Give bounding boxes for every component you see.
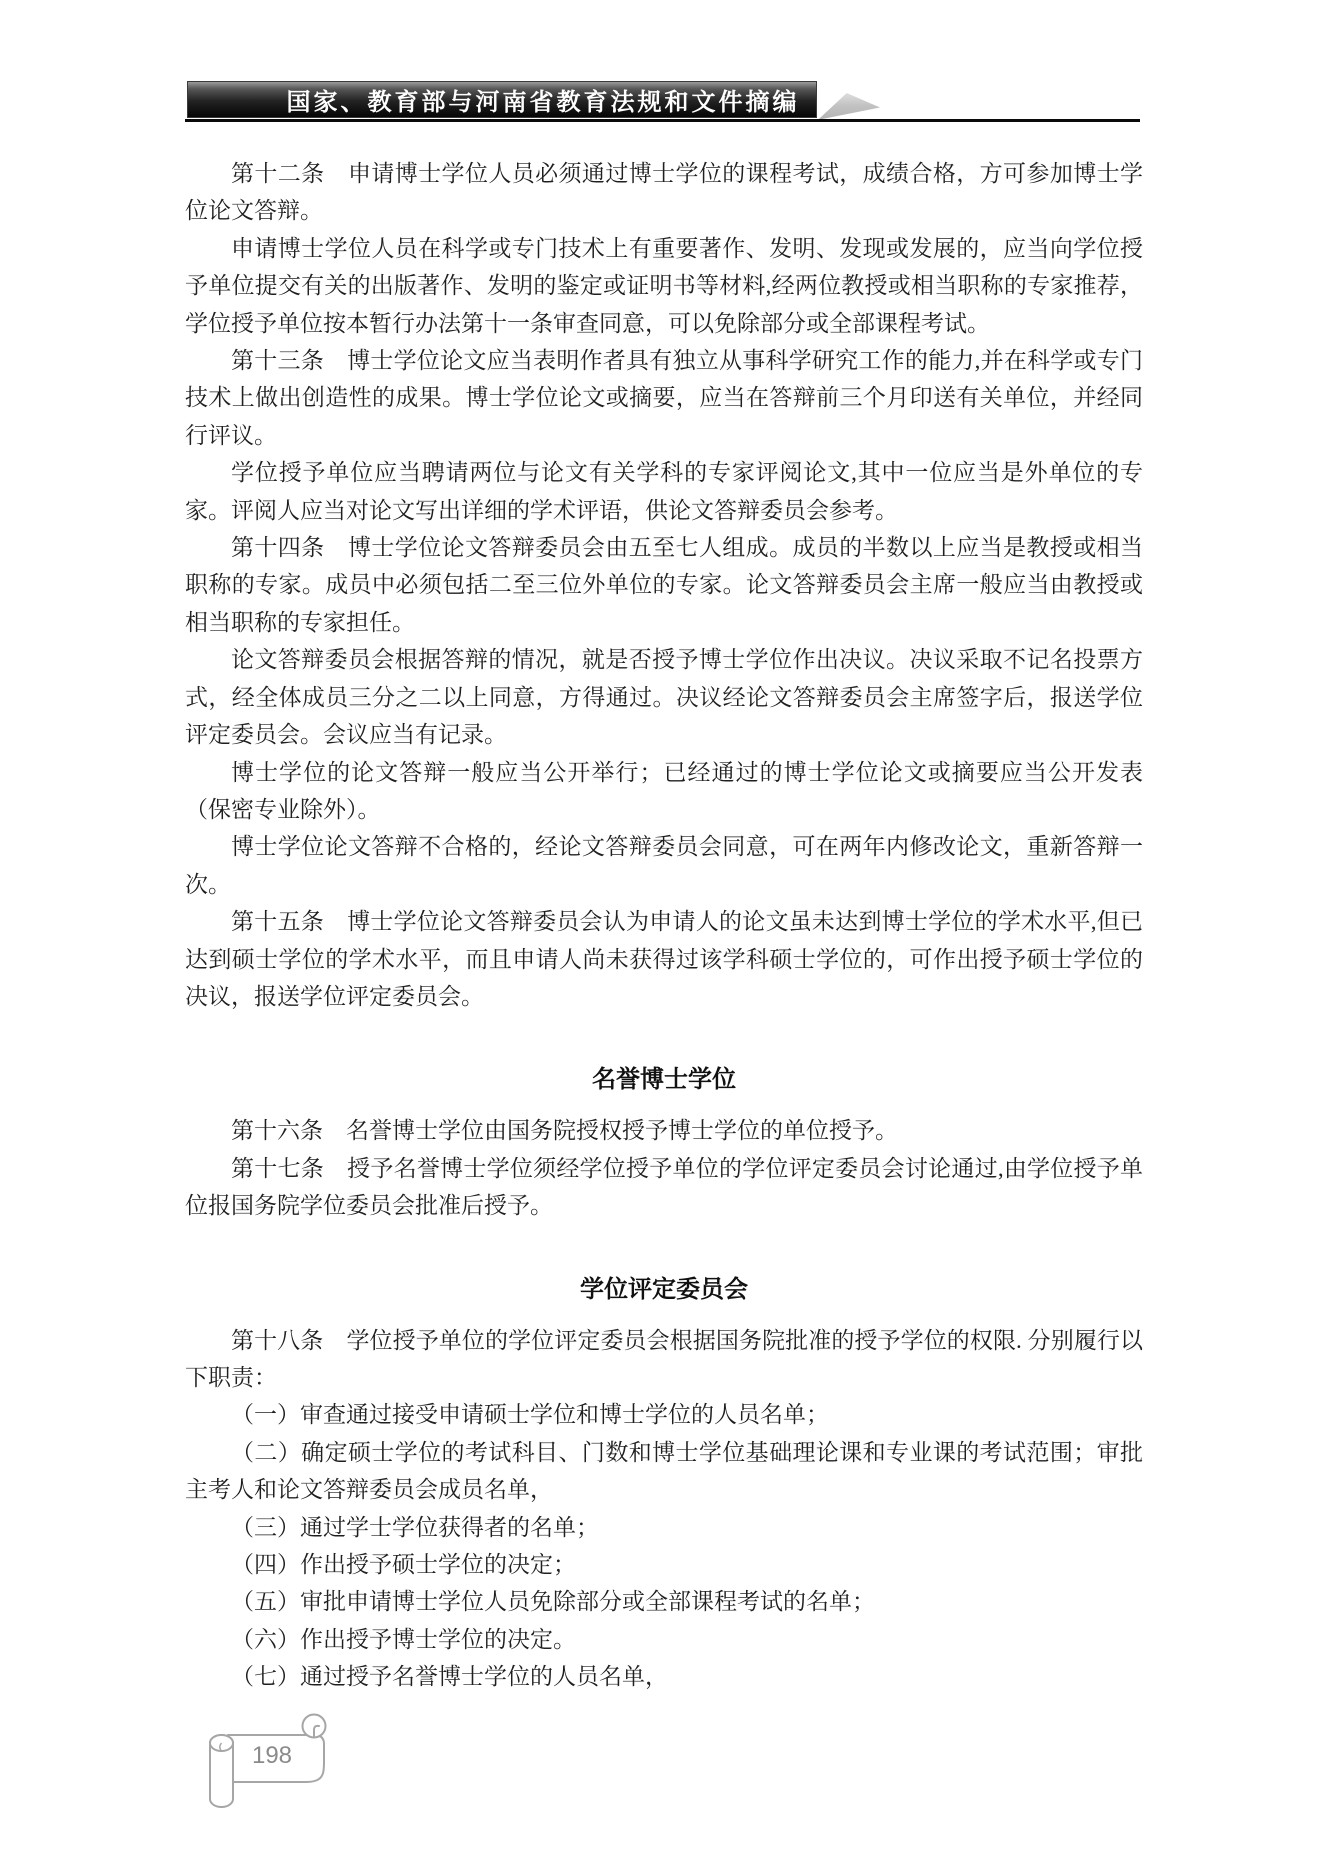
- list-item: （七）通过授予名誉博士学位的人员名单，: [185, 1658, 1143, 1695]
- paragraph: 第十七条 授予名誉博士学位须经学位授予单位的学位评定委员会讨论通过,由学位授予单…: [185, 1150, 1143, 1225]
- paragraph: 申请博士学位人员在科学或专门技术上有重要著作、发明、发现或发展的，应当向学位授予…: [185, 230, 1143, 342]
- page-number-scroll: 198: [198, 1710, 333, 1815]
- document-body: 第十二条 申请博士学位人员必须通过博士学位的课程考试，成绩合格，方可参加博士学位…: [185, 155, 1143, 1696]
- page-number: 198: [242, 1742, 302, 1770]
- list-item: （五）审批申请博士学位人员免除部分或全部课程考试的名单；: [185, 1583, 1143, 1620]
- paragraph: 论文答辩委员会根据答辩的情况，就是否授予博士学位作出决议。决议采取不记名投票方式…: [185, 641, 1143, 753]
- paragraph: 第十六条 名誉博士学位由国务院授权授予博士学位的单位授予。: [185, 1112, 1143, 1149]
- header-banner: 国家、教育部与河南省教育法规和文件摘编: [187, 81, 817, 118]
- section-heading-degree-committee: 学位评定委员会: [185, 1271, 1143, 1309]
- paragraph: 第十四条 博士学位论文答辩委员会由五至七人组成。成员的半数以上应当是教授或相当职…: [185, 529, 1143, 641]
- paragraph: 博士学位的论文答辩一般应当公开举行；已经通过的博士学位论文或摘要应当公开发表（保…: [185, 754, 1143, 829]
- paragraph: 第十二条 申请博士学位人员必须通过博士学位的课程考试，成绩合格，方可参加博士学位…: [185, 155, 1143, 230]
- list-item: （二）确定硕士学位的考试科目、门数和博士学位基础理论课和专业课的考试范围；审批主…: [185, 1434, 1143, 1509]
- paragraph: 第十五条 博士学位论文答辩委员会认为申请人的论文虽未达到博士学位的学术水平,但已…: [185, 903, 1143, 1015]
- list-item: （三）通过学士学位获得者的名单；: [185, 1509, 1143, 1546]
- list-item: （六）作出授予博士学位的决定。: [185, 1621, 1143, 1658]
- paragraph: 博士学位论文答辩不合格的，经论文答辩委员会同意，可在两年内修改论文，重新答辩一次…: [185, 828, 1143, 903]
- document-page: { "header": { "title": "国家、教育部与河南省教育法规和文…: [0, 0, 1323, 1871]
- paragraph: 学位授予单位应当聘请两位与论文有关学科的专家评阅论文,其中一位应当是外单位的专家…: [185, 454, 1143, 529]
- header-rule: [185, 119, 1140, 122]
- section-heading-honorary-doctorate: 名誉博士学位: [185, 1061, 1143, 1099]
- paragraph: 第十八条 学位授予单位的学位评定委员会根据国务院批准的授予学位的权限. 分别履行…: [185, 1322, 1143, 1397]
- list-item: （四）作出授予硕士学位的决定；: [185, 1546, 1143, 1583]
- paragraph: 第十三条 博士学位论文应当表明作者具有独立从事科学研究工作的能力,并在科学或专门…: [185, 342, 1143, 454]
- list-item: （一）审查通过接受申请硕士学位和博士学位的人员名单；: [185, 1396, 1143, 1433]
- pennant-icon: [816, 93, 880, 121]
- header-title: 国家、教育部与河南省教育法规和文件摘编: [205, 82, 800, 117]
